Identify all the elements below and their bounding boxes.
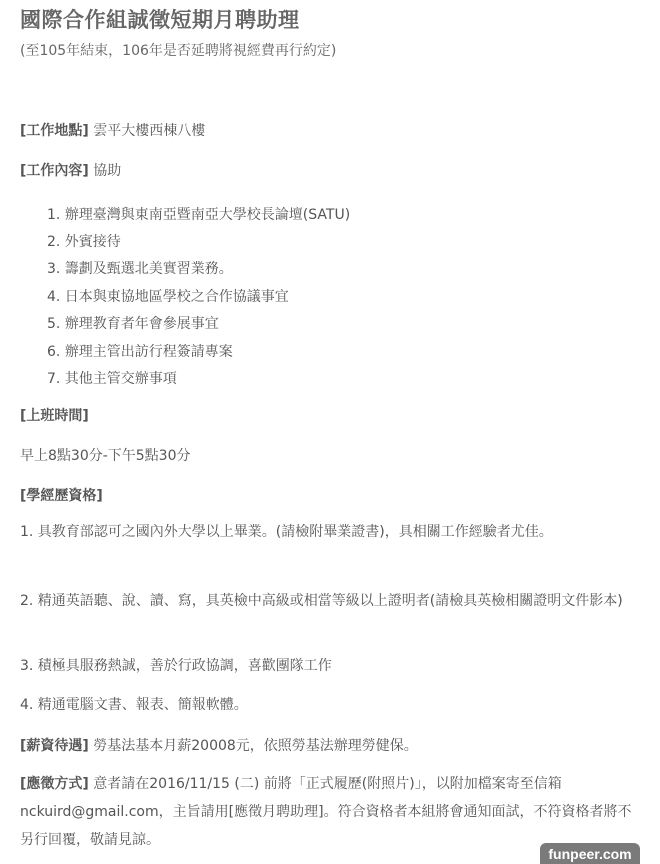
watermark-badge: funpeer.com <box>540 843 640 864</box>
location-line: [工作地點] 雲平大樓西棟八樓 <box>20 120 205 140</box>
duty-item: 7. 其他主管交辦事項 <box>47 368 177 388</box>
hours-label: [上班時間] <box>20 408 89 424</box>
duty-item: 2. 外賓接待 <box>47 231 121 251</box>
subtitle: (至105年結束，106年是否延聘將視經費再行約定) <box>20 40 336 60</box>
hours-label-line: [上班時間] <box>20 405 89 425</box>
duty-item: 4. 日本與東協地區學校之合作協議事宜 <box>47 286 289 306</box>
page-title: 國際合作組誠徵短期月聘助理 <box>20 4 300 34</box>
qualification-item: 2. 精通英語聽、說、讀、寫，具英檢中高級或相當等級以上證明者(請檢具英檢相關證… <box>20 587 640 615</box>
salary-value: 勞基法基本月薪20008元，依照勞基法辦理勞健保。 <box>93 738 418 754</box>
qualifications-label-line: [學經歷資格] <box>20 485 103 505</box>
qualifications-label: [學經歷資格] <box>20 488 103 504</box>
qualification-item: 4. 精通電腦文書、報表、簡報軟體。 <box>20 691 640 719</box>
location-label: [工作地點] <box>20 123 89 139</box>
duty-item: 1. 辦理臺灣與東南亞暨南亞大學校長論壇(SATU) <box>47 204 350 224</box>
location-value: 雲平大樓西棟八樓 <box>93 123 205 139</box>
qualification-item: 3. 積極具服務熱誠，善於行政協調，喜歡團隊工作 <box>20 652 640 680</box>
duty-item: 3. 籌劃及甄選北美實習業務。 <box>47 258 233 278</box>
duty-item: 5. 辦理教育者年會參展事宜 <box>47 313 219 333</box>
salary-label: [薪資待遇] <box>20 738 89 754</box>
apply-line: [應徵方式] 意者請在2016/11/15 (二) 前將「正式履歷(附照片)」，… <box>20 770 640 854</box>
hours-value: 早上8點30分-下午5點30分 <box>20 445 191 465</box>
qualification-item: 1. 具教育部認可之國內外大學以上畢業。(請檢附畢業證書)，具相關工作經驗者尤佳… <box>20 518 640 546</box>
duties-value: 協助 <box>93 163 121 179</box>
apply-label: [應徵方式] <box>20 776 89 792</box>
job-posting: 國際合作組誠徵短期月聘助理 (至105年結束，106年是否延聘將視經費再行約定)… <box>0 0 660 864</box>
salary-line: [薪資待遇] 勞基法基本月薪20008元，依照勞基法辦理勞健保。 <box>20 732 640 760</box>
duties-line: [工作內容] 協助 <box>20 160 121 180</box>
apply-value: 意者請在2016/11/15 (二) 前將「正式履歷(附照片)」，以附加檔案寄至… <box>20 776 632 848</box>
duty-item: 6. 辦理主管出訪行程簽請專案 <box>47 341 233 361</box>
duties-label: [工作內容] <box>20 163 89 179</box>
